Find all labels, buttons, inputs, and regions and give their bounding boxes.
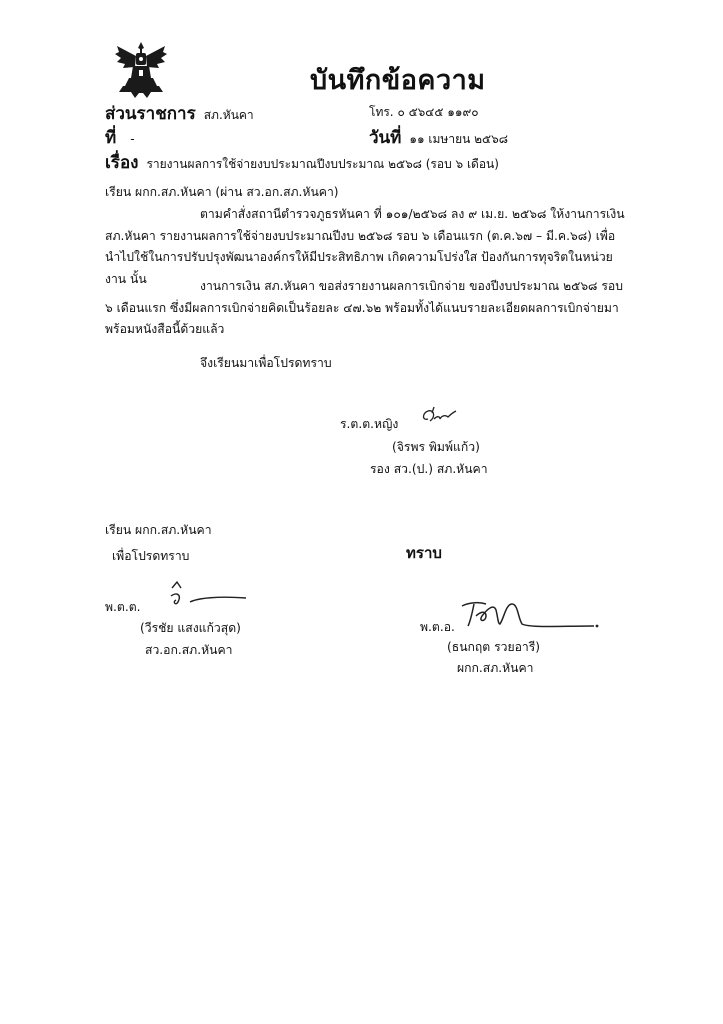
subject-value: รายงานผลการใช้จ่ายงบประมาณปีงบประมาณ ๒๕๖… — [146, 157, 498, 171]
phone-value: ๐ ๕๖๔๕ ๑๑๙๐ — [397, 105, 478, 119]
reference-value: - — [130, 132, 134, 146]
forward-note-line-1: เรียน ผกก.สภ.หันคา — [105, 520, 212, 541]
forward-note-line-2: เพื่อโปรดทราบ — [112, 546, 189, 567]
reference-label: ที่ — [105, 128, 116, 148]
signature-1-icon — [418, 405, 458, 427]
date-value: ๑๑ เมษายน ๒๕๖๘ — [409, 132, 508, 146]
salutation: เรียน ผกก.สภ.หันคา (ผ่าน สว.อก.สภ.หันคา) — [105, 182, 339, 203]
garuda-emblem-icon — [113, 40, 169, 100]
signatory-3-name: (ธนกฤต รวยอารี) — [447, 637, 540, 658]
signature-3-icon — [460, 598, 600, 632]
paragraph-2: งานการเงิน สภ.หันคา ขอส่งรายงานผลการเบิก… — [105, 276, 630, 341]
date-label: วันที่ — [369, 128, 401, 148]
subject-row: เรื่องรายงานผลการใช้จ่ายงบประมาณปีงบประม… — [105, 149, 499, 176]
phone-row: โทร. ๐ ๕๖๔๕ ๑๑๙๐ — [369, 103, 479, 122]
signatory-2-position: สว.อก.สภ.หันคา — [145, 640, 232, 661]
acknowledged-label: ทราบ — [406, 541, 442, 565]
date-row: วันที่๑๑ เมษายน ๒๕๖๘ — [369, 124, 508, 151]
paragraph-2-text: งานการเงิน สภ.หันคา ขอส่งรายงานผลการเบิก… — [105, 279, 623, 336]
signatory-1-rank: ร.ต.ต.หญิง — [340, 414, 398, 435]
reference-row: ที่- — [105, 124, 135, 151]
signatory-3-rank: พ.ต.อ. — [420, 617, 455, 638]
phone-label: โทร. — [369, 105, 394, 119]
signature-2-icon — [168, 580, 248, 610]
department-value: สภ.หันคา — [204, 108, 254, 122]
department-label: ส่วนราชการ — [105, 104, 196, 124]
signatory-1-position: รอง สว.(ป.) สภ.หันคา — [370, 459, 488, 480]
paragraph-1-text: ตามคำสั่งสถานีตำรวจภูธรหันคา ที่ ๑๐๑/๒๕๖… — [105, 207, 625, 286]
document-title: บันทึกข้อความ — [310, 58, 486, 101]
closing-line: จึงเรียนมาเพื่อโปรดทราบ — [200, 353, 332, 374]
subject-label: เรื่อง — [105, 153, 138, 173]
signatory-2-rank: พ.ต.ต. — [105, 597, 141, 618]
department-row: ส่วนราชการสภ.หันคา — [105, 100, 254, 127]
signatory-3-position: ผกก.สภ.หันคา — [457, 658, 533, 679]
signatory-1-name: (จิรพร พิมพ์แก้ว) — [392, 437, 480, 458]
signatory-2-name: (วีรชัย แสงแก้วสุด) — [140, 618, 241, 639]
